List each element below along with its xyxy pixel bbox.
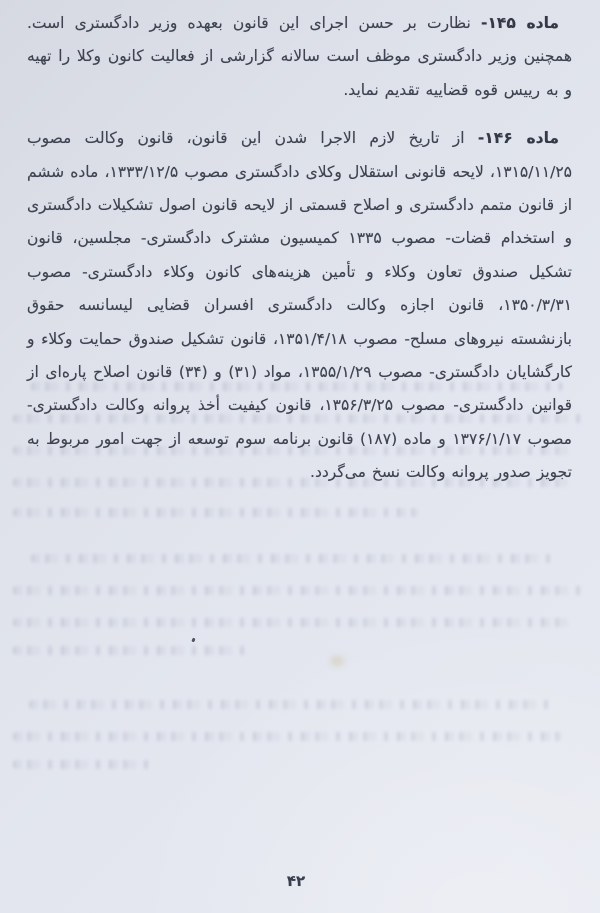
bleedthrough-line: [31, 382, 563, 391]
bleedthrough-line: [13, 646, 248, 655]
bleedthrough-line: [13, 446, 574, 455]
bleedthrough-line: [31, 554, 557, 563]
bleedthrough-line: [13, 478, 568, 487]
article-146-lead: ماده ۱۴۶-: [478, 129, 559, 147]
article-145-lead: ماده ۱۴۵-: [481, 14, 559, 32]
bleedthrough-line: [29, 700, 550, 709]
bleedthrough-line: [13, 760, 156, 769]
page-number: ۴۲: [0, 872, 592, 890]
paper-smudge: [330, 656, 344, 666]
bleedthrough-text-block-1: [13, 382, 585, 540]
bleedthrough-line: [13, 414, 585, 423]
bleedthrough-line: [13, 508, 419, 517]
bleedthrough-line: [13, 618, 568, 627]
article-145-paragraph: ماده ۱۴۵- نظارت بر حسن اجرای این قانون ب…: [27, 7, 572, 107]
bleedthrough-line: [13, 732, 562, 741]
bleedthrough-text-block-2: [13, 554, 585, 678]
bleedthrough-line: [13, 586, 585, 595]
scanned-document-page: ماده ۱۴۵- نظارت بر حسن اجرای این قانون ب…: [0, 0, 600, 913]
bleedthrough-text-block-3: [13, 700, 585, 792]
